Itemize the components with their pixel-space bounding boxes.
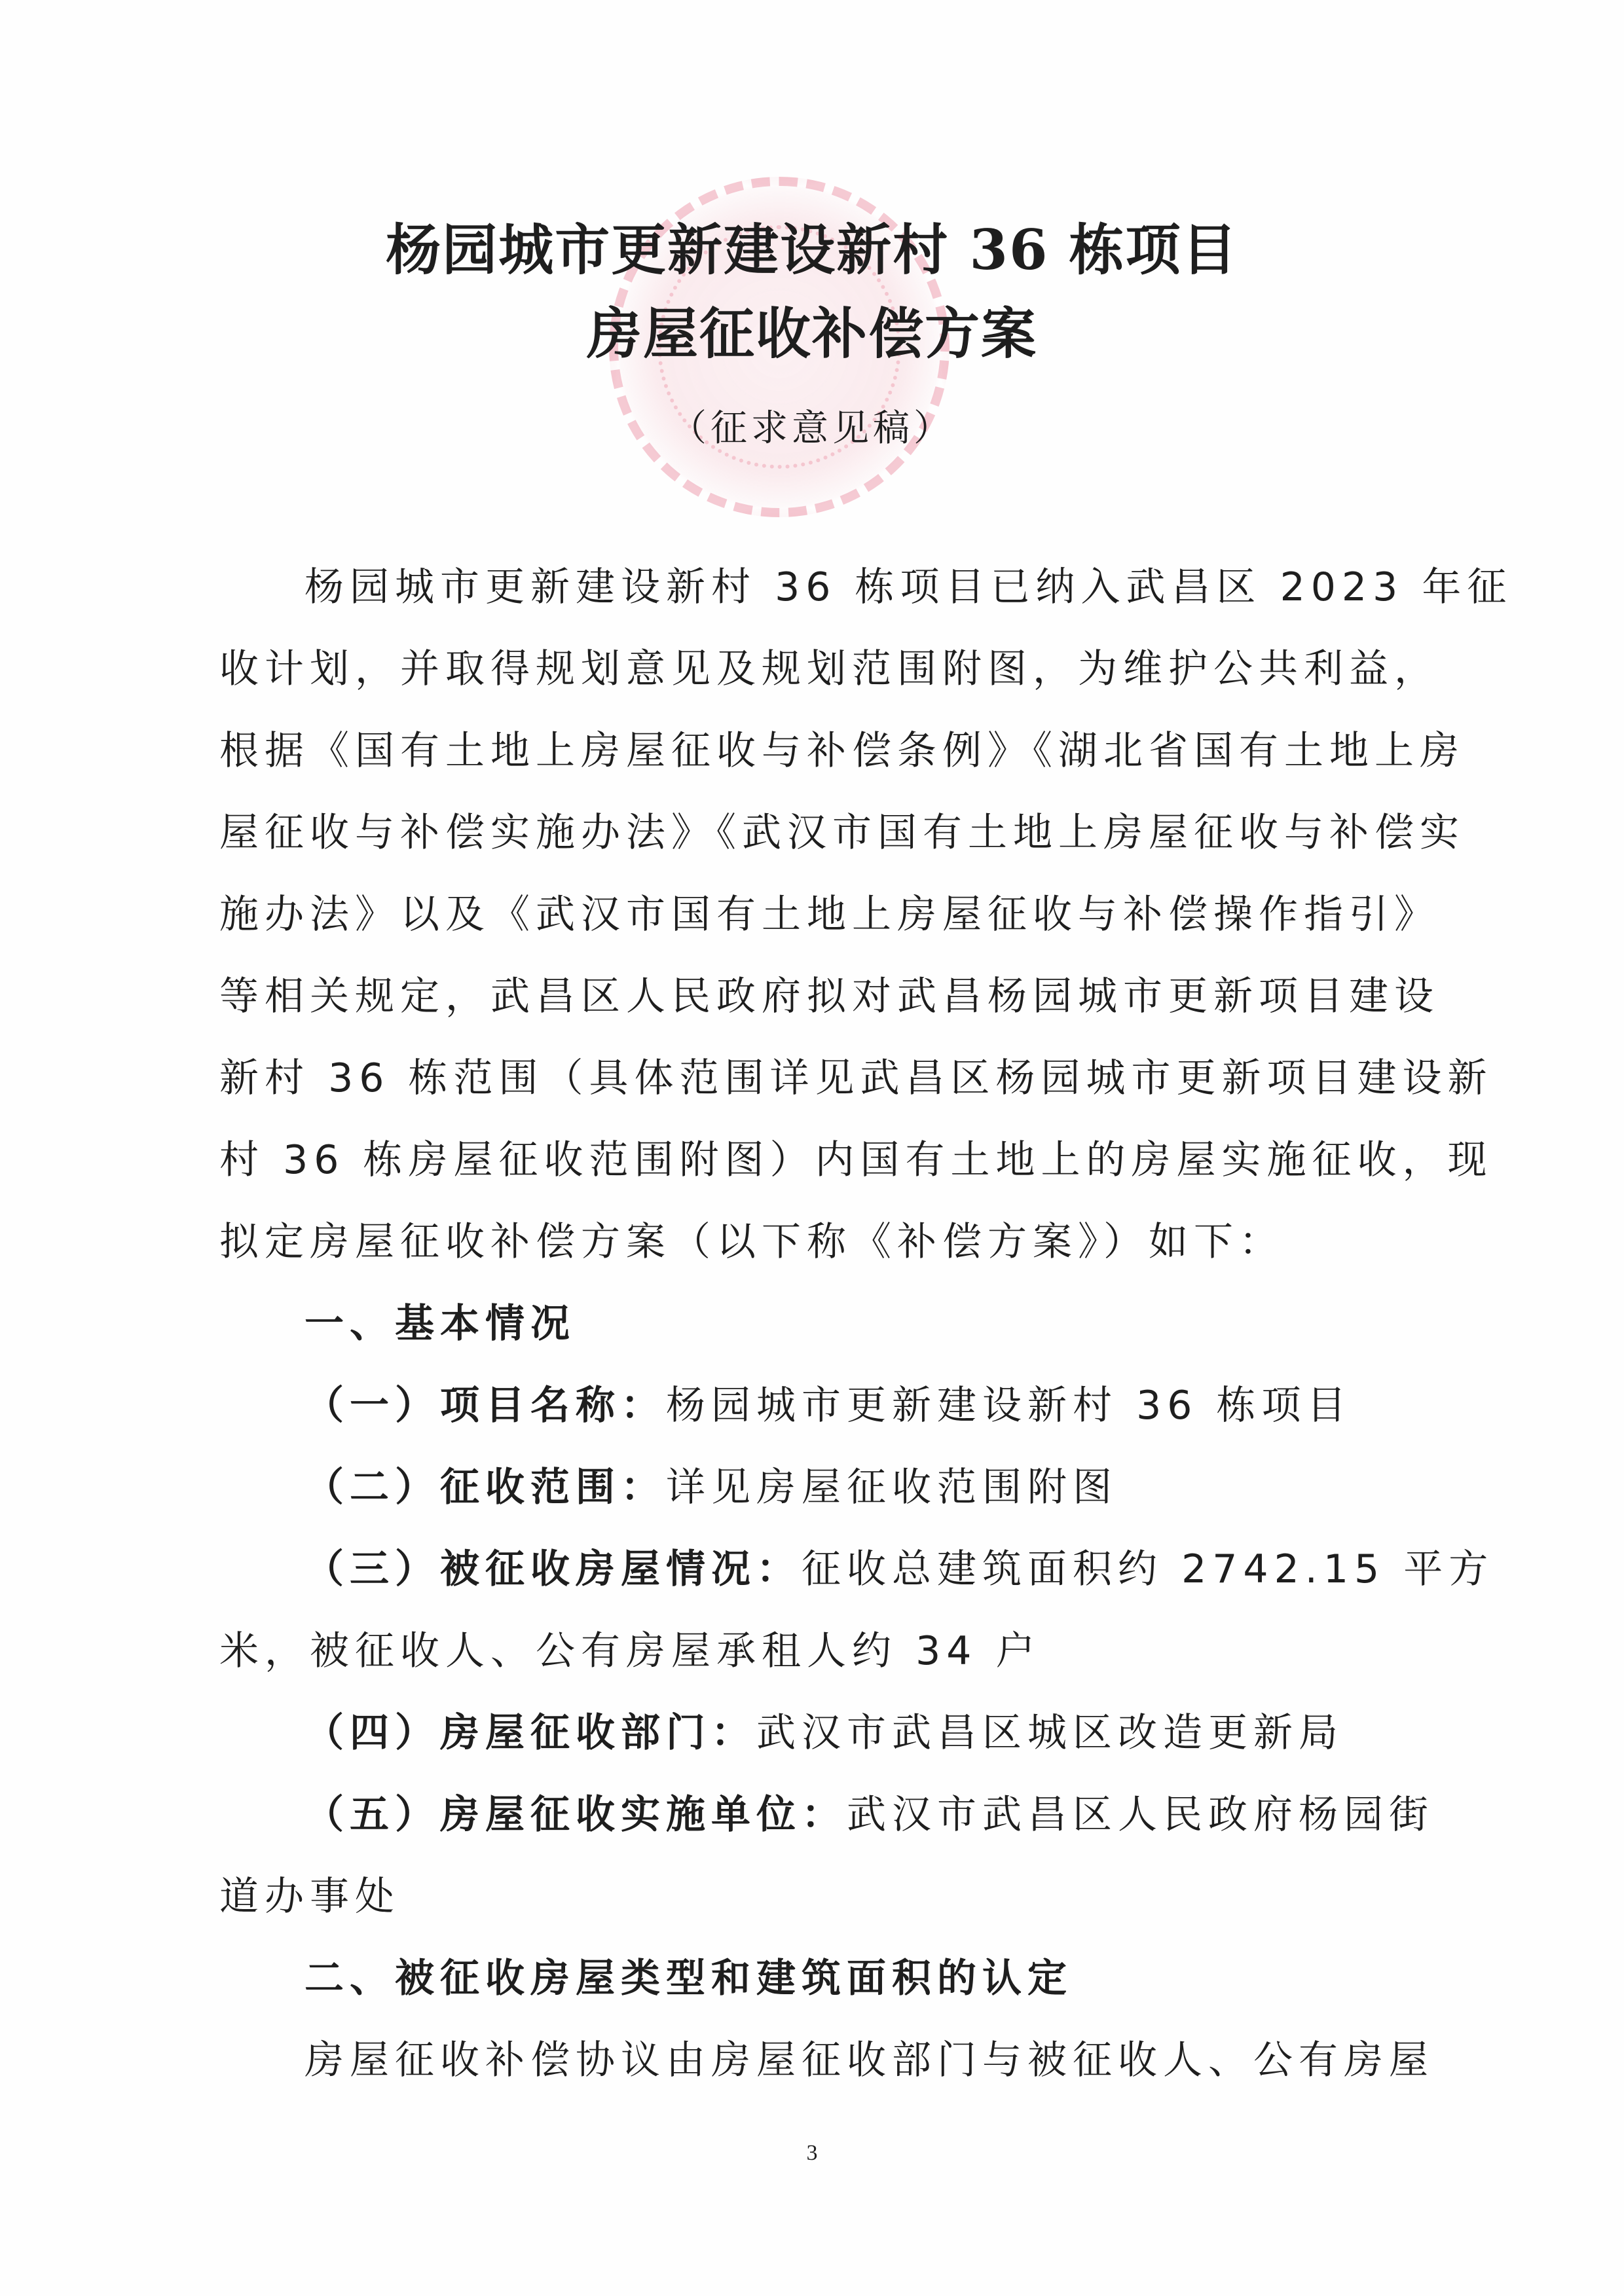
intro-line: 村 36 栋房屋征收范围附图）内国有土地上的房屋实施征收，现: [219, 1120, 1398, 1201]
item-implementer-continuation: 道办事处: [219, 1856, 1398, 1938]
intro-line: 施办法》以及《武汉市国有土地上房屋征收与补偿操作指引》: [219, 874, 1398, 956]
intro-line: 新村 36 栋范围（具体范围详见武昌区杨园城市更新项目建设新: [219, 1038, 1398, 1120]
item-label: （四）房屋征收部门：: [304, 1710, 756, 1756]
section-heading-house-type: 二、被征收房屋类型和建筑面积的认定: [219, 1938, 1398, 2020]
document-title-line-2: 房屋征收补偿方案: [0, 306, 1624, 361]
item-houses-continuation: 米，被征收人、公有房屋承租人约 34 户: [219, 1611, 1398, 1692]
item-label: （五）房屋征收实施单位：: [304, 1792, 847, 1838]
page-number: 3: [0, 2141, 1624, 2166]
intro-line: 根据《国有土地上房屋征收与补偿条例》《湖北省国有土地上房: [219, 710, 1398, 792]
intro-line: 屋征收与补偿实施办法》《武汉市国有土地上房屋征收与补偿实: [219, 792, 1398, 874]
document-title-line-1: 杨园城市更新建设新村 36 栋项目: [0, 223, 1624, 278]
document-subtitle: （征求意见稿）: [0, 399, 1624, 452]
intro-line: 收计划，并取得规划意见及规划范围附图，为维护公共利益，: [219, 629, 1398, 710]
item-value: 详见房屋征收范围附图: [666, 1465, 1118, 1510]
item-label: （二）征收范围：: [304, 1465, 666, 1510]
document-body: 杨园城市更新建设新村 36 栋项目已纳入武昌区 2023 年征 收计划，并取得规…: [219, 547, 1398, 2102]
item-department: （四）房屋征收部门：武汉市武昌区城区改造更新局: [219, 1692, 1398, 1774]
intro-line: 等相关规定，武昌区人民政府拟对武昌杨园城市更新项目建设: [219, 956, 1398, 1038]
item-value: 杨园城市更新建设新村 36 栋项目: [666, 1383, 1352, 1429]
intro-line: 杨园城市更新建设新村 36 栋项目已纳入武昌区 2023 年征: [219, 547, 1398, 629]
item-scope: （二）征收范围：详见房屋征收范围附图: [219, 1447, 1398, 1529]
item-value: 武汉市武昌区城区改造更新局: [756, 1710, 1344, 1756]
section2-first-line: 房屋征收补偿协议由房屋征收部门与被征收人、公有房屋: [219, 2020, 1398, 2102]
intro-line: 拟定房屋征收补偿方案（以下称《补偿方案》）如下：: [219, 1201, 1398, 1283]
item-value: 征收总建筑面积约 2742.15 平方: [802, 1546, 1494, 1592]
item-project-name: （一）项目名称：杨园城市更新建设新村 36 栋项目: [219, 1365, 1398, 1447]
item-houses: （三）被征收房屋情况：征收总建筑面积约 2742.15 平方: [219, 1529, 1398, 1611]
item-value: 武汉市武昌区人民政府杨园街: [847, 1792, 1434, 1838]
item-implementer: （五）房屋征收实施单位：武汉市武昌区人民政府杨园街: [219, 1774, 1398, 1856]
item-label: （三）被征收房屋情况：: [304, 1546, 802, 1592]
section-heading-basic-info: 一、基本情况: [219, 1283, 1398, 1365]
item-label: （一）项目名称：: [304, 1383, 666, 1429]
